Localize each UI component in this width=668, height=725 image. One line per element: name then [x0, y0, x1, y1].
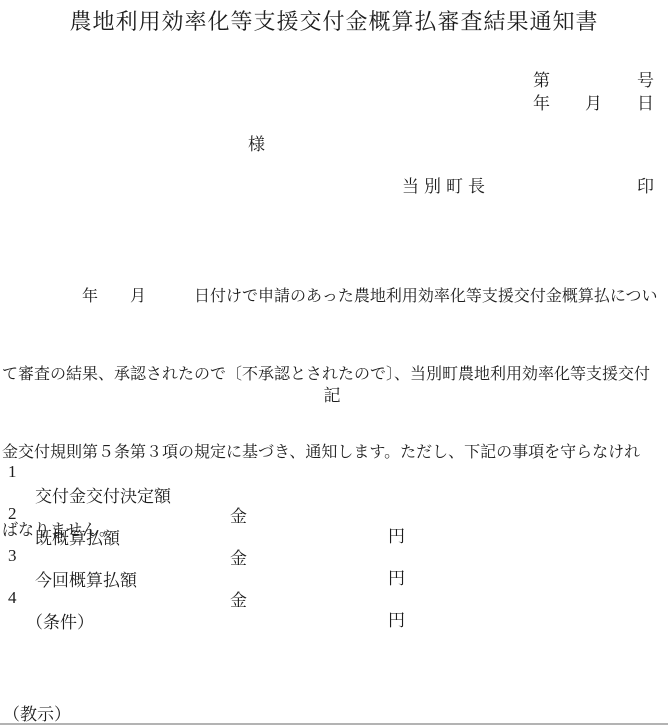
page-title: 農地利用効率化等支援交付金概算払審査結果通知書 [0, 5, 668, 36]
seal-mark: 印 [637, 172, 654, 197]
item-number: 4 [8, 588, 17, 608]
date-day-label: 日 [637, 89, 654, 114]
item-number: 1 [8, 462, 17, 482]
item-label: （条件） [26, 608, 94, 633]
list-item-current-provisional-payment: 3 今回概算払額 金 円 [0, 526, 668, 548]
unit-label: 円 [388, 606, 405, 631]
notification-document: 農地利用効率化等支援交付金概算払審査結果通知書 第 号 年 月 日 様 当別町長… [0, 0, 668, 725]
doc-number-suffix: 号 [637, 66, 654, 91]
list-item-grant-decision-amount: 1 交付金交付決定額 金 円 [0, 442, 668, 464]
doc-number-prefix: 第 [533, 66, 550, 91]
item-number: 2 [8, 504, 17, 524]
item-number: 3 [8, 546, 17, 566]
list-item-conditions: 4 （条件） [0, 568, 668, 590]
date-year-label: 年 [533, 89, 550, 114]
list-item-previous-provisional-payment: 2 既概算払額 金 円 [0, 484, 668, 506]
addressee-honorific: 様 [248, 130, 265, 155]
instruction-note: （教示） [3, 700, 71, 725]
record-marker: 記 [0, 381, 664, 406]
sender-name: 当別町長 [402, 172, 490, 197]
body-line: 年 月 日付けで申請のあった農地利用効率化等支援交付金概算払につい [2, 284, 666, 310]
date-month-label: 月 [585, 89, 602, 114]
